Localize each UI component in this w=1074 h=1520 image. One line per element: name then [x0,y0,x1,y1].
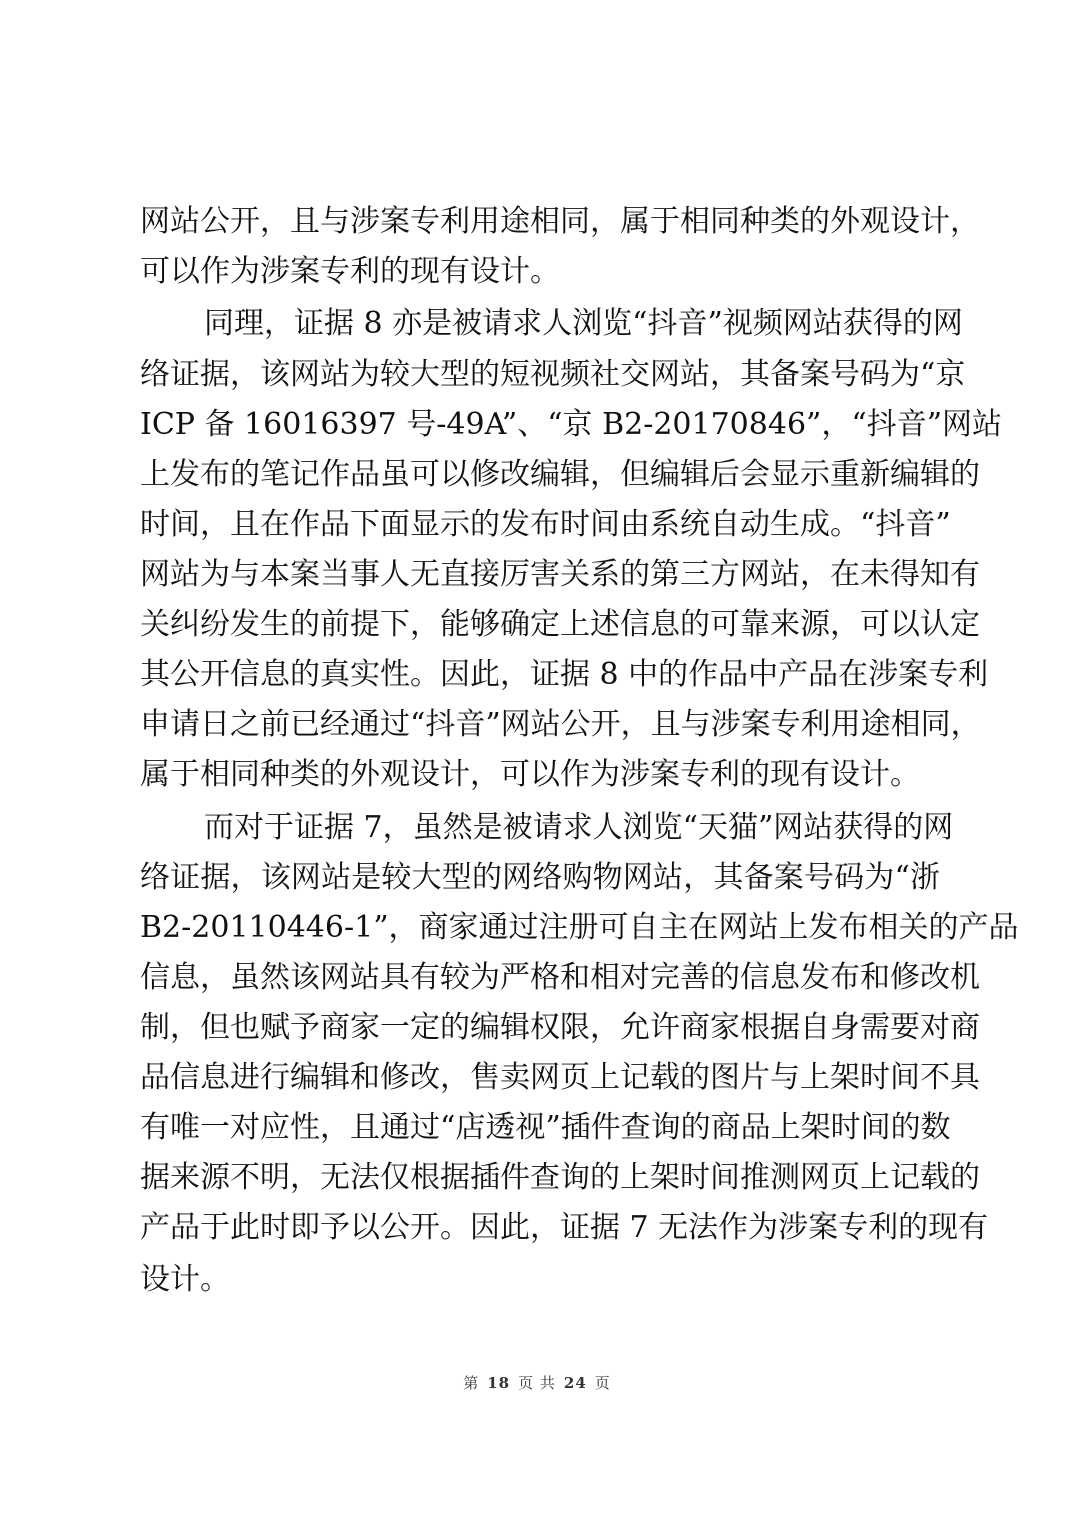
text-line: 有唯一对应性，且通过“店透视”插件查询的商品上架时间的数 [140,1108,940,1148]
text-line: 据来源不明，无法仅根据插件查询的上架时间推测网页上记载的 [140,1158,940,1198]
text-line: 品信息进行编辑和修改，售卖网页上记载的图片与上架时间不具 [140,1058,940,1098]
text-line: 属于相同种类的外观设计，可以作为涉案专利的现有设计。 [140,755,940,795]
text-line: 关纠纷发生的前提下，能够确定上述信息的可靠来源，可以认定 [140,605,940,645]
current-page-number: 18 [487,1374,510,1392]
text-line: 络证据，该网站是较大型的网络购物网站，其备案号码为“浙 [140,858,940,898]
document-page: 网站公开，且与涉案专利用途相同，属于相同种类的外观设计， 可以作为涉案专利的现有… [0,0,1074,1520]
text-line: ICP 备 16016397 号-49A”、“京 B2-20170846”，“抖… [140,405,940,445]
page-suffix: 页 [595,1374,611,1392]
text-line: 设计。 [140,1260,940,1300]
text-line: 网站为与本案当事人无直接厉害关系的第三方网站，在未得知有 [140,555,940,595]
text-line: 时间，且在作品下面显示的发布时间由系统自动生成。“抖音” [140,505,940,545]
paragraph-start-line: 同理，证据 8 亦是被请求人浏览“抖音”视频网站获得的网 [204,304,940,344]
paragraph-start-line: 而对于证据 7，虽然是被请求人浏览“天猫”网站获得的网 [204,808,940,848]
text-line: B2-20110446-1”，商家通过注册可自主在网站上发布相关的产品 [140,908,940,948]
page-prefix: 第 [463,1374,479,1392]
text-line: 申请日之前已经通过“抖音”网站公开，且与涉案专利用途相同， [140,705,940,745]
text-line: 络证据，该网站为较大型的短视频社交网站，其备案号码为“京 [140,355,940,395]
page-number-footer: 第18页 共24页 [0,1372,1074,1393]
text-line: 产品于此时即予以公开。因此，证据 7 无法作为涉案专利的现有 [140,1208,940,1248]
text-line: 网站公开，且与涉案专利用途相同，属于相同种类的外观设计， [140,202,940,242]
text-line: 其公开信息的真实性。因此，证据 8 中的作品中产品在涉案专利 [140,655,940,695]
text-line: 制，但也赋予商家一定的编辑权限，允许商家根据自身需要对商 [140,1008,940,1048]
text-line: 可以作为涉案专利的现有设计。 [140,252,940,292]
total-pages-number: 24 [564,1374,587,1392]
text-line: 信息，虽然该网站具有较为严格和相对完善的信息发布和修改机 [140,958,940,998]
page-middle: 页 共 [518,1374,556,1392]
text-line: 上发布的笔记作品虽可以修改编辑，但编辑后会显示重新编辑的 [140,455,940,495]
